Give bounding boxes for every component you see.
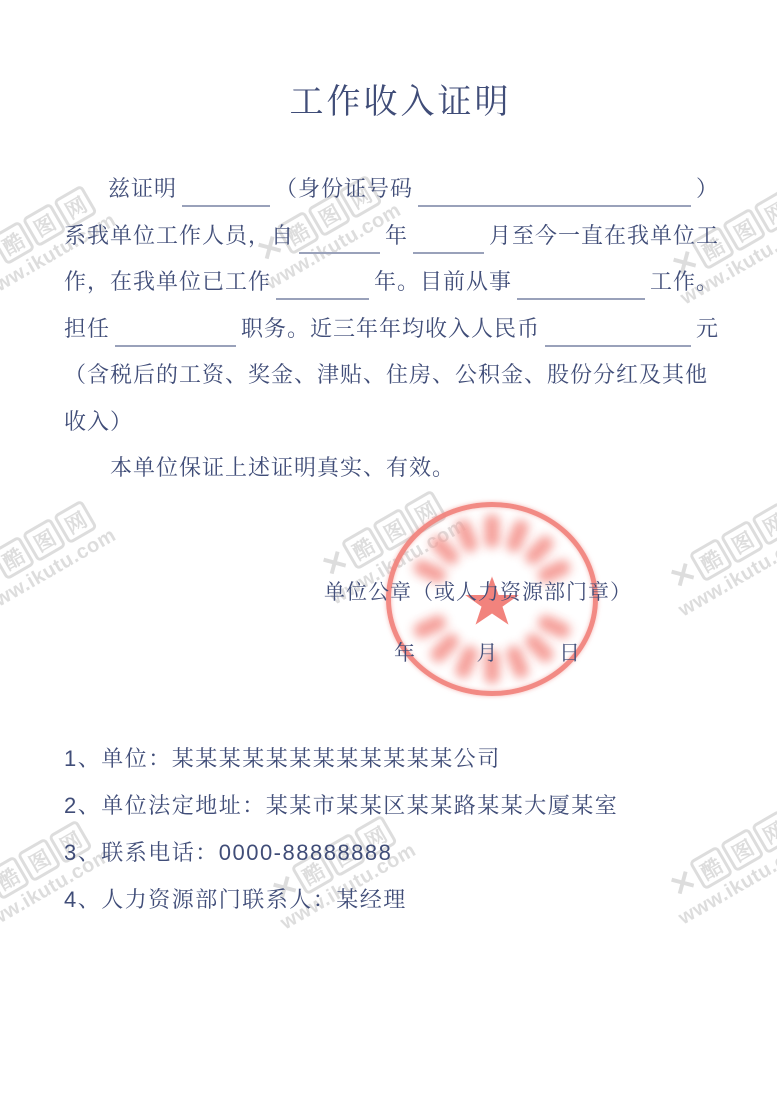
watermark-char-ku: 酷	[689, 537, 734, 582]
watermark-char-tu: 图	[720, 827, 765, 872]
watermark-char-tu: 图	[720, 519, 765, 564]
watermark-char-ku: 酷	[0, 535, 36, 580]
body-line-2: 系我单位工作人员，自 年 月至今一直在我单位工	[64, 213, 719, 260]
document-title: 工作收入证明	[0, 74, 777, 123]
body-text: 工作。	[650, 259, 719, 306]
body-text: 月至今一直在我单位工	[489, 213, 719, 260]
blank-employee-name-field	[182, 166, 270, 207]
watermark-char-ku: 酷	[0, 220, 36, 265]
blank-start-month-field	[413, 213, 484, 254]
watermark-logo-row: ✕ 酷 图 网	[664, 796, 777, 905]
body-text: ）	[696, 166, 719, 213]
watermark-char-ku: 酷	[341, 525, 386, 570]
seal-blur-text	[453, 517, 481, 555]
watermark-char-tu: 图	[17, 837, 62, 882]
footer-item-hr-contact: 4、人力资源部门联系人：某经理	[64, 876, 618, 923]
watermark-url: www.ikutu.com	[0, 516, 134, 620]
body-line-5: （含税后的工资、奖金、津贴、住房、公积金、股份分红及其他	[64, 352, 719, 399]
footer-item-address: 2、单位法定地址：某某市某某区某某路某某大厦某室	[64, 782, 618, 829]
kutu-x-logo-icon: ✕	[665, 557, 702, 596]
body-text: 年。目前从事	[374, 259, 512, 306]
body-text: 年	[385, 213, 408, 260]
body-text: 职务。近三年年均收入人民币	[241, 306, 540, 353]
body-line-4: 担任 职务。近三年年均收入人民币 元	[64, 306, 719, 353]
seal-blur-text	[484, 514, 500, 548]
income-certificate-page: ✕ 酷 图 网 www.ikutu.com ✕ 酷 图 网 www.ikutu.…	[0, 0, 777, 1099]
ikutu-watermark: ✕ 酷 图 网 www.ikutu.com	[664, 488, 777, 618]
watermark-char-wang: 网	[753, 189, 777, 234]
watermark-logo-row: ✕ 酷 图 网	[0, 486, 121, 595]
body-text: 作，在我单位已工作	[64, 259, 271, 306]
blank-job-field	[517, 259, 645, 300]
contact-info-list: 1、单位：某某某某某某某某某某某某公司 2、单位法定地址：某某市某某区某某路某某…	[64, 735, 618, 923]
blank-start-year-field	[299, 213, 380, 254]
date-day-label: 日	[559, 637, 580, 667]
footer-item-company: 1、单位：某某某某某某某某某某某某公司	[64, 735, 618, 782]
body-line-guarantee: 本单位保证上述证明真实、有效。	[64, 445, 719, 492]
blank-income-field	[545, 306, 691, 347]
kutu-x-logo-icon: ✕	[0, 240, 4, 279]
watermark-char-tu: 图	[722, 207, 767, 252]
body-line-6: 收入）	[64, 399, 719, 446]
watermark-char-wang: 网	[751, 809, 777, 854]
ikutu-watermark: ✕ 酷 图 网 www.ikutu.com	[664, 796, 777, 926]
watermark-char-tu: 图	[22, 517, 67, 562]
kutu-x-logo-icon: ✕	[665, 865, 702, 904]
certificate-body: 兹证明 （身份证号码 ） 系我单位工作人员，自 年 月至今一直在我单位工 作，在…	[64, 166, 719, 492]
ikutu-watermark: ✕ 酷 图 网 www.ikutu.com	[0, 486, 134, 616]
watermark-url: www.ikutu.com	[675, 826, 777, 930]
watermark-char-wang: 网	[53, 499, 98, 544]
watermark-char-ku: 酷	[689, 845, 734, 890]
body-line-1: 兹证明 （身份证号码 ）	[64, 166, 719, 213]
watermark-char-tu: 图	[22, 202, 67, 247]
paragraph-indent	[64, 166, 108, 213]
footer-item-phone: 3、联系电话：0000-88888888	[64, 829, 618, 876]
body-text: 系我单位工作人员，自	[64, 213, 294, 260]
watermark-url: www.ikutu.com	[675, 518, 777, 622]
body-text: 担任	[64, 306, 110, 353]
kutu-x-logo-icon: ✕	[0, 555, 4, 594]
seal-blur-text	[427, 532, 462, 568]
blank-years-worked-field	[276, 259, 369, 300]
body-line-3: 作，在我单位已工作 年。目前从事 工作。	[64, 259, 719, 306]
body-text: 元	[696, 306, 719, 353]
watermark-char-ku: 酷	[0, 855, 31, 900]
seal-blur-text	[504, 517, 532, 555]
watermark-logo-row: ✕ 酷 图 网	[664, 488, 777, 597]
blank-id-number-field	[418, 166, 691, 207]
date-month-label: 月	[477, 637, 498, 667]
body-text: 兹证明	[108, 166, 177, 213]
date-year-label: 年	[394, 637, 415, 667]
date-line: 年 月 日	[394, 637, 580, 667]
watermark-char-wang: 网	[751, 501, 777, 546]
seal-caption: 单位公章（或人力资源部门章）	[324, 576, 632, 606]
blank-position-field	[115, 306, 236, 347]
body-text: （身份证号码	[275, 166, 413, 213]
